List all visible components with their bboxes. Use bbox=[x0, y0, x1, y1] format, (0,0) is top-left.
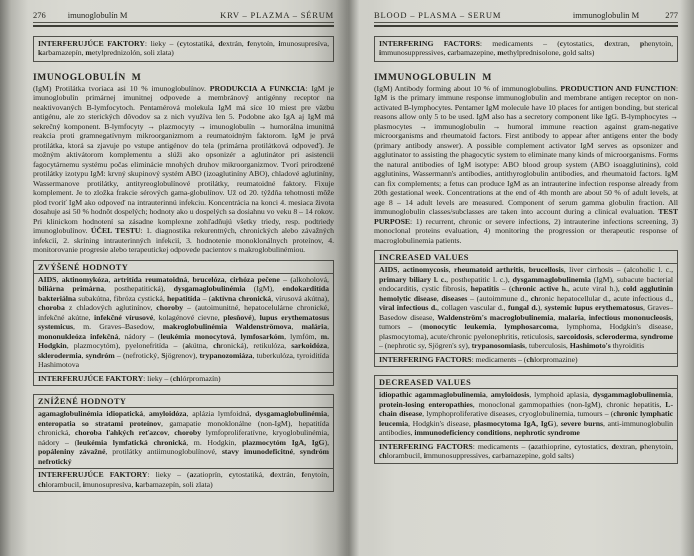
increased-values-box: INCREASED VALUES AIDS, actinomycosis, rh… bbox=[374, 250, 678, 367]
decreased-values-content: agamaglobulinémia idiopatická, amyloidóz… bbox=[34, 408, 333, 469]
decreased-values-header: ZNÍŽENÉ HODNOTY bbox=[34, 395, 333, 408]
section-title: BLOOD – PLASMA – SERUM bbox=[374, 10, 501, 20]
entry-title: IMMUNOGLOBULINM bbox=[374, 73, 678, 83]
page-header-left: 276 imunoglobulín M KRV – PLAZMA – SÉRUM bbox=[33, 10, 334, 23]
section-title: KRV – PLAZMA – SÉRUM bbox=[220, 10, 334, 20]
increased-values-content: AIDS, actinomycosis, rheumatoid arthriti… bbox=[375, 264, 677, 354]
interfering-factors-text: INTERFERING FACTORS: medicaments – (cyto… bbox=[379, 39, 673, 58]
entry-title-word: IMUNOGLOBULÍN bbox=[33, 73, 126, 83]
page-number: 276 bbox=[33, 10, 46, 20]
interfering-factors-text: INTERFERUJÚCE FAKTORY: lieky – (cytostat… bbox=[38, 39, 329, 58]
entry-title: IMUNOGLOBULÍNM bbox=[33, 73, 334, 83]
page-left: 276 imunoglobulín M KRV – PLAZMA – SÉRUM… bbox=[0, 0, 347, 556]
header-rule bbox=[33, 25, 334, 27]
entry-title-word: IMMUNOGLOBULIN bbox=[374, 73, 476, 83]
running-title: immunoglobulin M bbox=[573, 10, 639, 20]
header-rule bbox=[374, 25, 678, 27]
decreased-values-header: DECREASED VALUES bbox=[375, 376, 677, 389]
increased-values-box: ZVÝŠENÉ HODNOTY AIDS, aktinomykóza, artr… bbox=[33, 260, 334, 387]
entry-body: (IgM) Protilátka tvoriaca asi 10 % imuno… bbox=[33, 84, 334, 255]
decreased-values-box: DECREASED VALUES idiopathic agammaglobul… bbox=[374, 375, 678, 464]
interfering-factors-top-box: INTERFERUJÚCE FAKTORY: lieky – (cytostat… bbox=[33, 36, 334, 62]
page-number: 277 bbox=[665, 10, 678, 20]
page-header-right: BLOOD – PLASMA – SERUM immunoglobulin M … bbox=[374, 10, 678, 23]
entry-title-class: M bbox=[132, 73, 142, 83]
entry-body: (IgM) Antibody forming about 10 % of imm… bbox=[374, 84, 678, 246]
entry-title-class: M bbox=[482, 73, 492, 83]
book-spread: 276 imunoglobulín M KRV – PLAZMA – SÉRUM… bbox=[0, 0, 694, 556]
interfering-factors-row: INTERFERUJÚCE FAKTORY: lieky – (chlórpro… bbox=[34, 373, 333, 386]
decreased-values-content: idiopathic agammaglobulinemia, amyloidos… bbox=[375, 389, 677, 441]
interfering-factors-row: INTERFERING FACTORS: medicaments – (chlo… bbox=[375, 354, 677, 367]
interfering-factors-top-box: INTERFERING FACTORS: medicaments – (cyto… bbox=[374, 36, 678, 62]
running-title: imunoglobulín M bbox=[68, 10, 128, 20]
increased-values-content: AIDS, aktinomykóza, artritída reumatoidn… bbox=[34, 274, 333, 373]
interfering-factors-row: INTERFERUJÚCE FAKTORY: lieky – (azatiopr… bbox=[34, 469, 333, 491]
increased-values-header: ZVÝŠENÉ HODNOTY bbox=[34, 261, 333, 274]
increased-values-header: INCREASED VALUES bbox=[375, 251, 677, 264]
page-right: BLOOD – PLASMA – SERUM immunoglobulin M … bbox=[347, 0, 694, 556]
interfering-factors-row: INTERFERING FACTORS: medicaments – (azat… bbox=[375, 441, 677, 463]
decreased-values-box: ZNÍŽENÉ HODNOTY agamaglobulinémia idiopa… bbox=[33, 394, 334, 492]
